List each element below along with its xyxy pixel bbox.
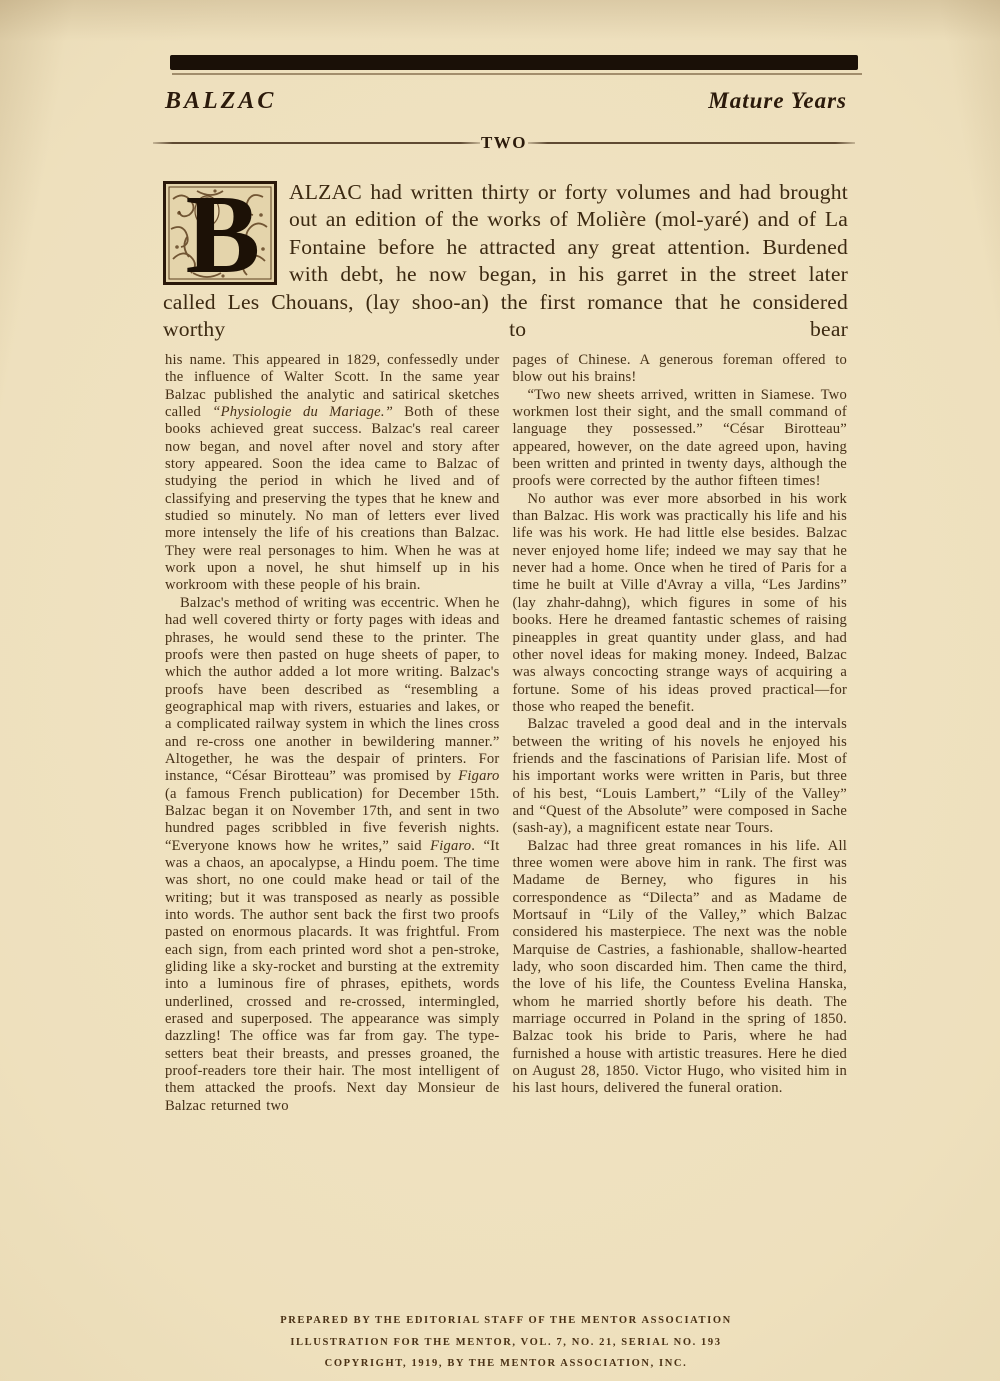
running-head: BALZAC Mature Years [165,88,847,115]
footer-line: PREPARED BY THE EDITORIAL STAFF OF THE M… [165,1310,847,1332]
footer: PREPARED BY THE EDITORIAL STAFF OF THE M… [165,1310,847,1375]
running-head-left-title: BALZAC [165,88,276,115]
dropcap-woodcut-graphic: B [163,181,277,285]
body-paragraph: No author was ever more absorbed in his … [513,491,848,716]
italic-title-text: Figaro [458,768,499,784]
body-paragraph: his name. This appeared in 1829, confess… [165,352,500,595]
text-run: Both of these books achieved great succe… [165,404,500,593]
divider-rule-right [528,142,855,144]
body-paragraph: pages of Chinese. A generous foreman off… [513,352,848,387]
column-left: his name. This appeared in 1829, confess… [165,352,500,1294]
body-paragraph: Balzac's method of writing was eccentric… [165,595,500,1115]
top-rule-bar [170,55,858,70]
italic-title-text: Figaro [430,838,471,854]
section-number-label: TWO [480,134,528,151]
text-run: No author was ever more absorbed in his … [513,491,848,715]
footer-line: ILLUSTRATION FOR THE MENTOR, VOL. 7, NO.… [165,1332,847,1354]
body-paragraph: “Two new sheets arrived, written in Siam… [513,387,848,491]
footer-line: COPYRIGHT, 1919, BY THE MENTOR ASSOCIATI… [165,1353,847,1375]
text-run: Balzac had three great romances in his l… [513,838,848,1097]
body-paragraph: Balzac traveled a good deal and in the i… [513,716,848,837]
ornamental-dropcap: B [163,181,277,285]
text-run: “Two new sheets arrived, written in Siam… [513,387,848,490]
text-run: pages of Chinese. A generous foreman off… [513,352,848,385]
italic-title-text: “Physiologie du Mariage.” [212,404,393,420]
divider-rule-left [153,142,480,144]
top-rule-underline [172,73,862,75]
text-run: Balzac traveled a good deal and in the i… [513,716,848,836]
section-divider: TWO [153,134,855,151]
body-columns: his name. This appeared in 1829, confess… [165,352,847,1294]
lede-paragraph: B ALZAC had written thirty or forty volu… [163,179,848,343]
text-run: Balzac's method of writing was eccentric… [165,595,500,784]
running-head-right-title: Mature Years [708,88,847,114]
body-paragraph: Balzac had three great romances in his l… [513,838,848,1098]
column-right: pages of Chinese. A generous foreman off… [513,352,848,1294]
page: BALZAC Mature Years TWO [0,0,1000,1381]
text-run: . “It was a chaos, an apocalypse, a Hind… [165,838,500,1114]
dropcap-letter: B [186,181,261,285]
